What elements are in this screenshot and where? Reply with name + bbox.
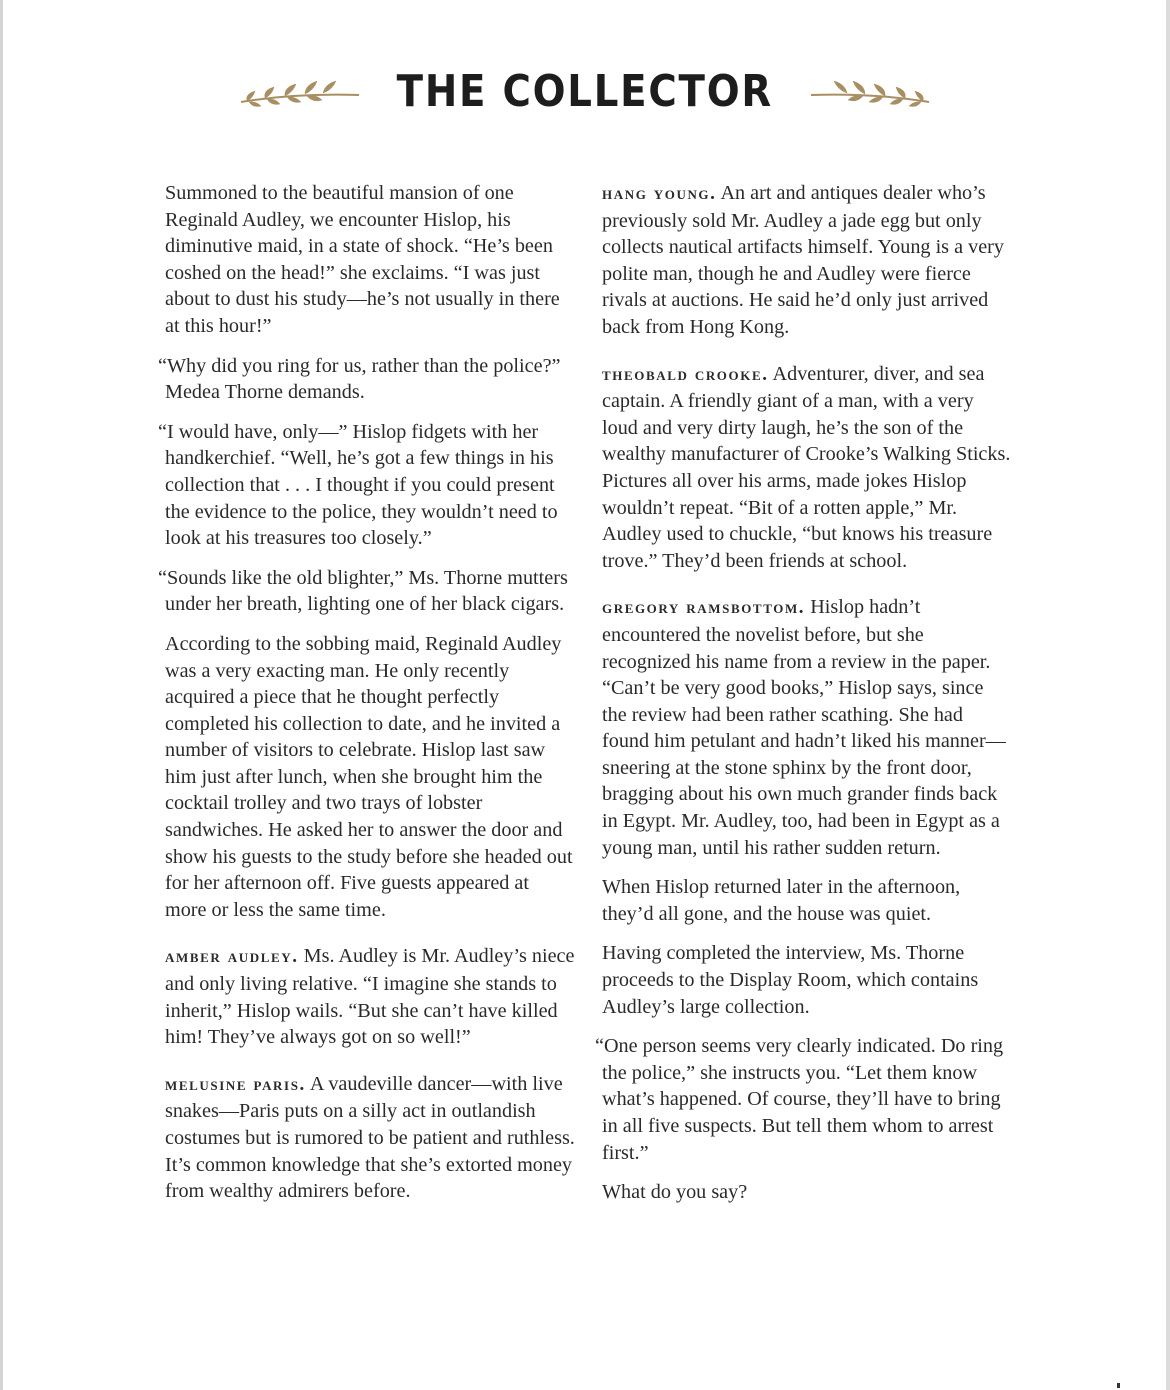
thorne-mutter-paragraph: “Sounds like the old blighter,” Ms. Thor… [165,565,575,618]
page-title: THE COLLECTOR [397,70,773,114]
thorne-question-paragraph: “Why did you ring for us, rather than th… [165,353,575,406]
closing-question: What do you say? [602,1179,1012,1206]
laurel-sprig-left-icon [235,75,363,109]
return-paragraph: When Hislop returned later in the aftern… [602,874,1012,927]
suspect-entry: AMBER AUDLEY. Ms. Audley is Mr. Audley’s… [165,943,575,1050]
page-edge-left [0,0,3,1390]
suspect-description: Hislop hadn’t encountered the novelist b… [602,596,1006,858]
hislop-reply-paragraph: “I would have, only—” Hislop fidgets wit… [165,419,575,552]
page-header: THE COLLECTOR [0,62,1170,122]
suspect-name: THEOBALD CROOKE. [602,364,769,385]
suspect-entry: THEOBALD CROOKE. Adventurer, diver, and … [602,361,1012,575]
page-edge-right [1166,0,1170,1390]
page-mark [1117,1383,1120,1388]
suspect-entry: GREGORY RAMSBOTTOM. Hislop hadn’t encoun… [602,594,1012,861]
suspect-entry: MELUSINE PARIS. A vaudeville dancer—with… [165,1071,575,1205]
background-paragraph: According to the sobbing maid, Reginald … [165,631,575,924]
instruction-paragraph: “One person seems very clearly indicated… [602,1033,1012,1166]
suspect-entry: HANG YOUNG. An art and antiques dealer w… [602,180,1012,341]
suspect-name: GREGORY RAMSBOTTOM. [602,597,805,618]
suspect-description: Adventurer, diver, and sea captain. A fr… [602,363,1010,572]
suspect-name: AMBER AUDLEY. [165,946,299,967]
right-column: HANG YOUNG. An art and antiques dealer w… [602,180,1012,1219]
left-column: Summoned to the beautiful mansion of one… [165,180,575,1218]
suspect-description: An art and antiques dealer who’s previou… [602,182,1004,338]
display-room-paragraph: Having completed the interview, Ms. Thor… [602,940,1012,1020]
suspect-name: HANG YOUNG. [602,183,717,204]
laurel-sprig-right-icon [807,75,935,109]
suspect-name: MELUSINE PARIS. [165,1074,306,1095]
intro-paragraph: Summoned to the beautiful mansion of one… [165,180,575,340]
